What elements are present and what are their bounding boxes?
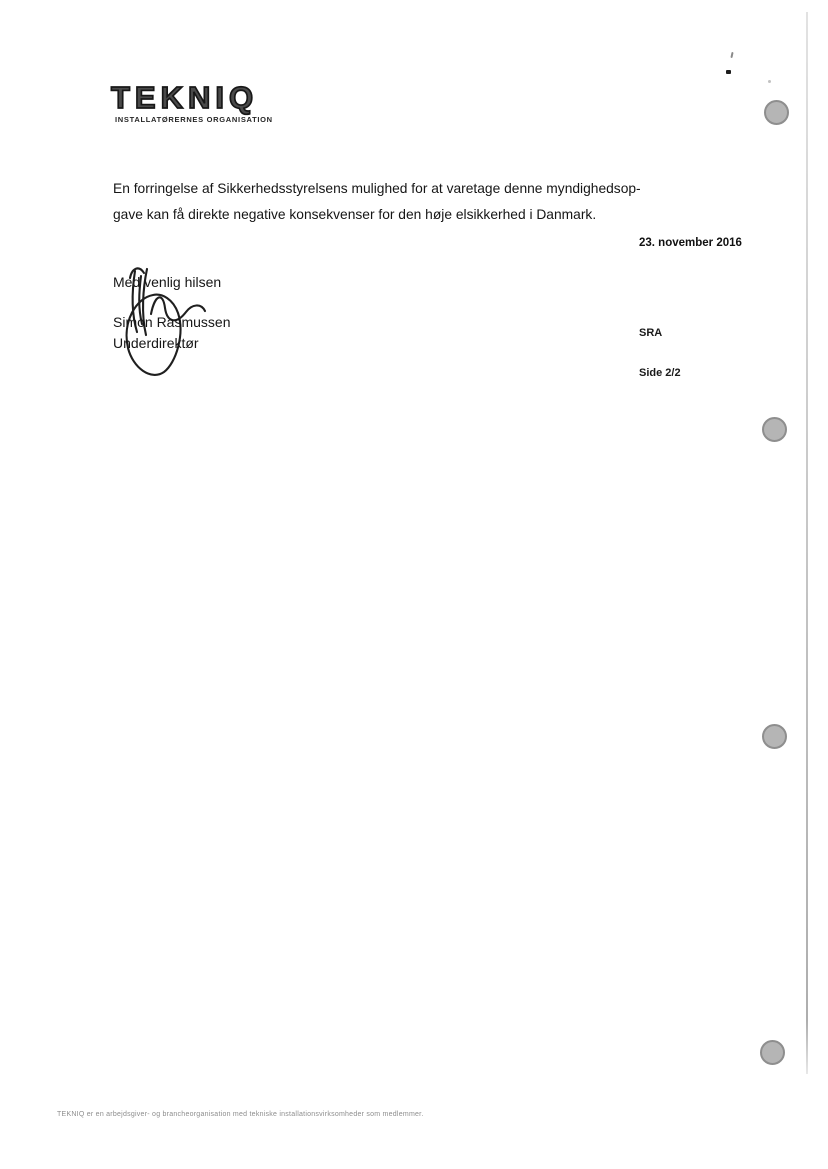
scan-speck — [768, 80, 771, 83]
signer-title: Underdirektør — [113, 335, 199, 351]
tekniq-logo-wordmark: TEKNIQ — [111, 83, 273, 113]
tekniq-logo-subtitle: INSTALLATØRERNES ORGANISATION — [115, 115, 273, 124]
page-indicator: Side 2/2 — [639, 367, 681, 379]
tekniq-logo: TEKNIQ INSTALLATØRERNES ORGANISATION — [111, 83, 273, 124]
hole-punch-icon — [762, 724, 787, 749]
letter-footer: TEKNIQ er en arbejdsgiver- og brancheorg… — [57, 1111, 424, 1118]
reference-initials: SRA — [639, 327, 662, 339]
scanned-letter-page: TEKNIQ INSTALLATØRERNES ORGANISATION En … — [0, 0, 828, 1169]
letter-closing: Med venlig hilsen — [113, 274, 221, 290]
signer-name: Simon Rasmussen — [113, 314, 231, 330]
letter-body-line-1: En forringelse af Sikkerhedsstyrelsens m… — [113, 176, 653, 202]
hole-punch-icon — [762, 417, 787, 442]
letter-body-line-2: gave kan få direkte negative konsekvense… — [113, 202, 653, 228]
page-edge-scan-line — [806, 12, 808, 1074]
hole-punch-icon — [764, 100, 789, 125]
scan-speck — [730, 52, 733, 58]
hole-punch-icon — [760, 1040, 785, 1065]
letter-body: En forringelse af Sikkerhedsstyrelsens m… — [113, 176, 653, 228]
letter-date: 23. november 2016 — [639, 237, 742, 249]
scan-speck — [726, 70, 731, 74]
